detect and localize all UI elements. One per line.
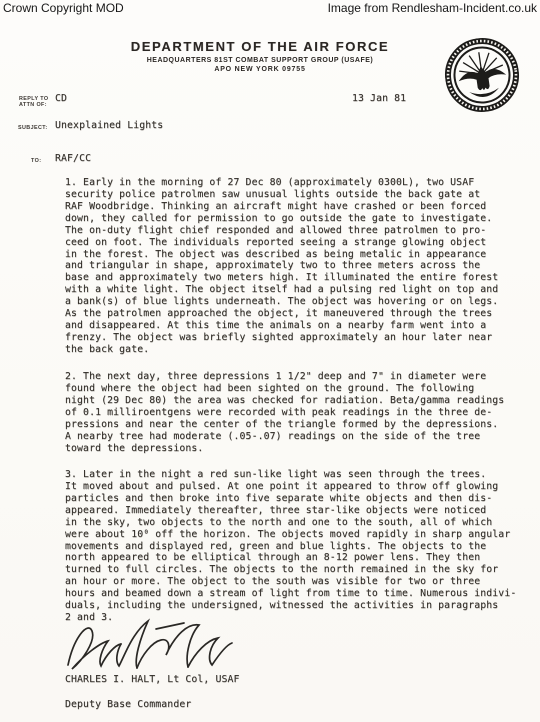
office-symbol-value: CD [55, 93, 67, 105]
body-paragraph-3: 3. Later in the night a red sun-like lig… [65, 469, 533, 624]
memo-document: Crown Copyright MOD Image from Rendlesha… [0, 0, 540, 722]
reply-to-label: REPLY TO ATTN OF: [19, 96, 48, 109]
date-value: 13 Jan 81 [352, 93, 406, 105]
body-paragraph-2: 2. The next day, three depressions 1 1/2… [65, 371, 525, 454]
to-value: RAF/CC [55, 153, 91, 165]
apo-address-line: APO NEW YORK 09755 [90, 66, 430, 73]
letterhead: DEPARTMENT OF THE AIR FORCE HEADQUARTERS… [90, 39, 430, 73]
image-credit-label: Image from Rendlesham-Incident.co.uk [328, 1, 537, 15]
crown-copyright-label: Crown Copyright MOD [3, 1, 124, 15]
department-title: DEPARTMENT OF THE AIR FORCE [90, 39, 430, 54]
subject-label: SUBJECT: [18, 125, 48, 131]
headquarters-line: HEADQUARTERS 81ST COMBAT SUPPORT GROUP (… [90, 57, 430, 64]
signer-name-line: CHARLES I. HALT, Lt Col, USAF [65, 674, 240, 687]
signature-block: CHARLES I. HALT, Lt Col, USAF Deputy Bas… [65, 661, 240, 722]
signer-title-line: Deputy Base Commander [65, 699, 240, 712]
body-paragraph-1: 1. Early in the morning of 27 Dec 80 (ap… [65, 177, 525, 356]
to-label: TO: [31, 158, 41, 164]
air-force-seal-icon [440, 33, 524, 117]
subject-value: Unexplained Lights [55, 120, 163, 132]
